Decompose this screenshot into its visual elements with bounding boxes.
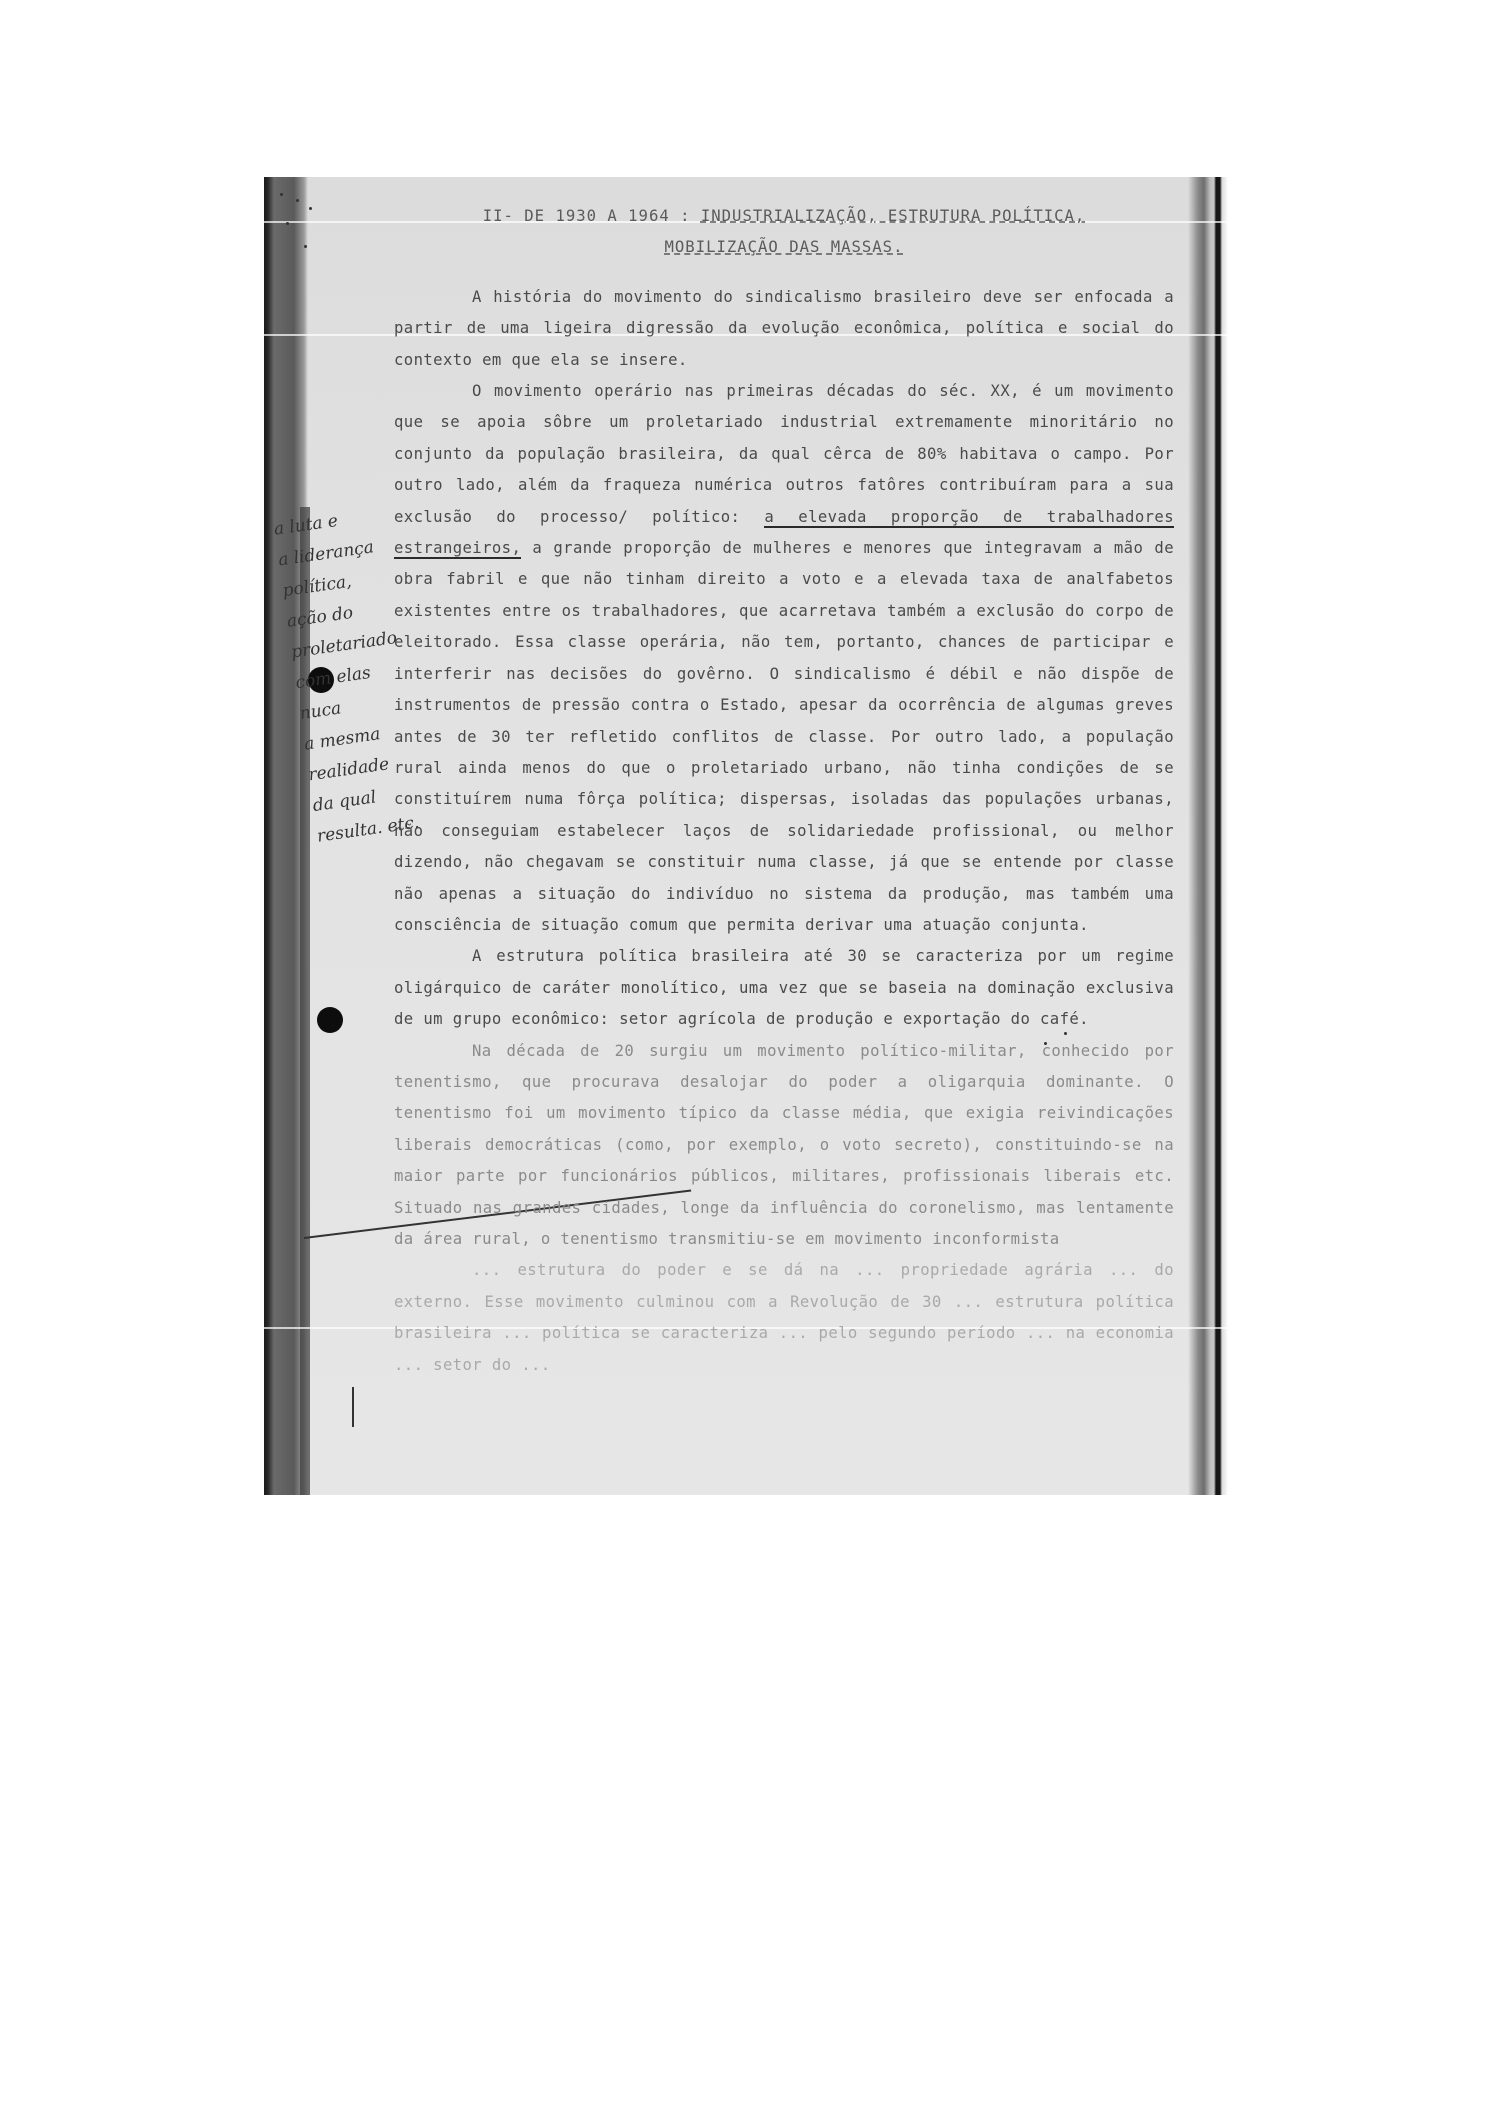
page-right-shadow <box>1188 177 1228 1495</box>
ink-speck <box>280 193 283 196</box>
paragraph-5-faded: ... estrutura do poder e se dá na ... pr… <box>394 1255 1174 1381</box>
title-prefix: II- DE 1930 A 1964 : <box>483 207 701 225</box>
paragraph-2-start: O movimento operário nas primeiras décad… <box>394 382 1174 526</box>
punch-hole <box>317 1007 343 1033</box>
title-underlined-2: MOBILIZAÇÃO DAS MASSAS. <box>665 238 904 256</box>
scanned-document-page: a luta e a liderança política, ação do p… <box>264 177 1228 1495</box>
title-underlined-1: INDUSTRIALIZAÇÃO, ESTRUTURA POLÍTICA, <box>701 207 1085 225</box>
pen-mark <box>352 1387 354 1427</box>
paragraph-4: Na década de 20 surgiu um movimento polí… <box>394 1036 1174 1256</box>
paragraph-1: A história do movimento do sindicalismo … <box>394 282 1174 376</box>
ink-speck <box>304 245 307 248</box>
document-title: II- DE 1930 A 1964 : INDUSTRIALIZAÇÃO, E… <box>394 201 1174 264</box>
paragraph-2-rest: a grande proporção de mulheres e menores… <box>394 539 1174 934</box>
typed-text-body: II- DE 1930 A 1964 : INDUSTRIALIZAÇÃO, E… <box>394 201 1174 1381</box>
ink-speck <box>286 222 289 225</box>
paragraph-2: O movimento operário nas primeiras décad… <box>394 376 1174 941</box>
paragraph-3: A estrutura política brasileira até 30 s… <box>394 941 1174 1035</box>
ink-speck <box>309 207 312 210</box>
ink-speck <box>296 199 299 202</box>
